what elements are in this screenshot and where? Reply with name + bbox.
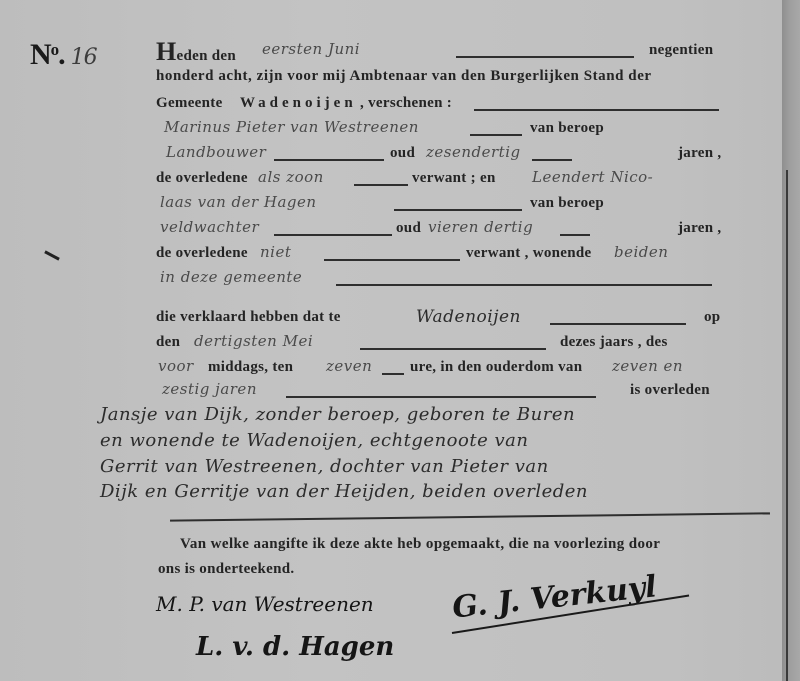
handwritten-occupation-2: veldwachter bbox=[160, 218, 259, 236]
record-number: No.16 bbox=[30, 38, 97, 72]
handwritten-date-day: eersten Juni bbox=[262, 40, 360, 58]
fill-line bbox=[456, 56, 634, 58]
printed-verwant-wonende: verwant , wonende bbox=[466, 245, 592, 262]
line-residence: in deze gemeente bbox=[156, 268, 726, 292]
fill-line bbox=[560, 234, 590, 236]
record-number-value: 16 bbox=[71, 45, 97, 70]
signature-declarant-1: M. P. van Westreenen bbox=[156, 592, 374, 616]
page-edge-shadow bbox=[782, 0, 800, 681]
handwritten-deceased-parents: Dijk en Gerritje van der Heijden, beiden… bbox=[100, 481, 588, 502]
printed-de-overledene: de overledene bbox=[156, 170, 248, 187]
printed-middags-ten: middags, ten bbox=[208, 359, 293, 376]
handwritten-relation-1: als zoon bbox=[258, 168, 324, 186]
record-number-label: No. bbox=[30, 38, 65, 71]
handwritten-place-of-death: Wadenoijen bbox=[416, 307, 521, 327]
handwritten-voor: voor bbox=[158, 357, 194, 375]
handwritten-date-of-death: dertigsten Mei bbox=[194, 332, 313, 350]
printed-de-overledene: de overledene bbox=[156, 245, 248, 262]
line-date: HHeden deneden den eersten Juni negentie… bbox=[156, 40, 716, 64]
handwritten-occupation-1: Landbouwer bbox=[166, 143, 266, 161]
handwritten-age-deceased-1: zeven en bbox=[612, 357, 683, 375]
fill-line bbox=[394, 209, 522, 211]
handwritten-deceased-residence: en wonende te Wadenoijen, echtgenoote va… bbox=[100, 430, 528, 451]
handwritten-relation-2: niet bbox=[260, 243, 291, 261]
fill-line bbox=[354, 184, 408, 186]
line-declarant-2-occupation: veldwachter oud vieren dertig jaren , bbox=[156, 218, 726, 242]
printed-van-beroep: van beroep bbox=[530, 195, 604, 212]
handwritten-age-1: zesendertig bbox=[426, 143, 521, 161]
handwritten-declarant-2-name: laas van der Hagen bbox=[160, 193, 317, 211]
fill-line bbox=[470, 134, 522, 136]
fill-line bbox=[360, 348, 546, 350]
printed-op: op bbox=[704, 309, 720, 326]
handwritten-residence-2: in deze gemeente bbox=[160, 268, 302, 286]
line-time-and-age: voor middags, ten zeven ure, in den oude… bbox=[156, 357, 726, 381]
printed-van-beroep: van beroep bbox=[530, 120, 604, 137]
line-date-of-death: den dertigsten Mei dezes jaars , des bbox=[156, 332, 726, 356]
handwritten-declarant-2-firstname: Leendert Nico- bbox=[532, 168, 653, 186]
fill-line bbox=[474, 109, 719, 111]
handwritten-deceased-spouse: Gerrit van Westreenen, dochter van Piete… bbox=[100, 456, 549, 477]
printed-verschenen: , verschenen : bbox=[360, 95, 452, 112]
fill-line bbox=[324, 259, 460, 261]
handwritten-age-deceased-2: zestig jaren bbox=[162, 380, 257, 398]
printed-closing-1: Van welke aangifte ik deze akte heb opge… bbox=[180, 536, 660, 553]
printed-text: honderd acht, zijn voor mij Ambtenaar va… bbox=[156, 68, 652, 85]
fill-line bbox=[286, 396, 596, 398]
line-gemeente: Gemeente Wadenoijen , verschenen : bbox=[156, 93, 726, 117]
line-is-overleden: zestig jaren is overleden bbox=[156, 380, 726, 404]
page-border-line bbox=[786, 170, 788, 681]
printed-heden-den: HHeden deneden den bbox=[156, 42, 236, 65]
fill-line bbox=[336, 284, 712, 286]
fill-line bbox=[532, 159, 572, 161]
fill-line bbox=[382, 373, 404, 375]
handwritten-declarant-1-name: Marinus Pieter van Westreenen bbox=[164, 118, 419, 136]
printed-is-overleden: is overleden bbox=[630, 382, 710, 399]
handwritten-age-2: vieren dertig bbox=[428, 218, 533, 236]
handwritten-hour: zeven bbox=[326, 357, 372, 375]
printed-dezes-jaars: dezes jaars , des bbox=[560, 334, 668, 351]
line-declarant-1-occupation: Landbouwer oud zesendertig jaren , bbox=[156, 143, 726, 167]
printed-oud: oud bbox=[396, 220, 421, 237]
line-relation-2: de overledene niet verwant , wonende bei… bbox=[156, 243, 726, 267]
line-declarant-1: Marinus Pieter van Westreenen van beroep bbox=[156, 118, 726, 142]
printed-gemeente: Gemeente bbox=[156, 95, 223, 112]
printed-den: den bbox=[156, 334, 180, 351]
printed-oud: oud bbox=[390, 145, 415, 162]
printed-negentien: negentien bbox=[649, 42, 713, 59]
fill-line bbox=[274, 159, 384, 161]
printed-closing-2: ons is onderteekend. bbox=[158, 561, 294, 578]
line-relation-1: de overledene als zoon verwant ; en Leen… bbox=[156, 168, 726, 192]
printed-jaren: jaren , bbox=[678, 145, 721, 162]
line-place-of-death: die verklaard hebben dat te Wadenoijen o… bbox=[156, 307, 726, 331]
printed-ure-ouderdom: ure, in den ouderdom van bbox=[410, 359, 582, 376]
printed-municipality: Wadenoijen bbox=[240, 95, 357, 112]
fill-line bbox=[550, 323, 686, 325]
handwritten-deceased-name: Jansje van Dijk, zonder beroep, geboren … bbox=[100, 404, 575, 425]
printed-verwant-en: verwant ; en bbox=[412, 170, 496, 187]
line-declarant-2: laas van der Hagen van beroep bbox=[156, 193, 726, 217]
printed-die-verklaard: die verklaard hebben dat te bbox=[156, 309, 341, 326]
printed-jaren: jaren , bbox=[678, 220, 721, 237]
signature-declarant-2: L. v. d. Hagen bbox=[196, 632, 394, 662]
fill-line bbox=[274, 234, 392, 236]
handwritten-residence-1: beiden bbox=[614, 243, 668, 261]
